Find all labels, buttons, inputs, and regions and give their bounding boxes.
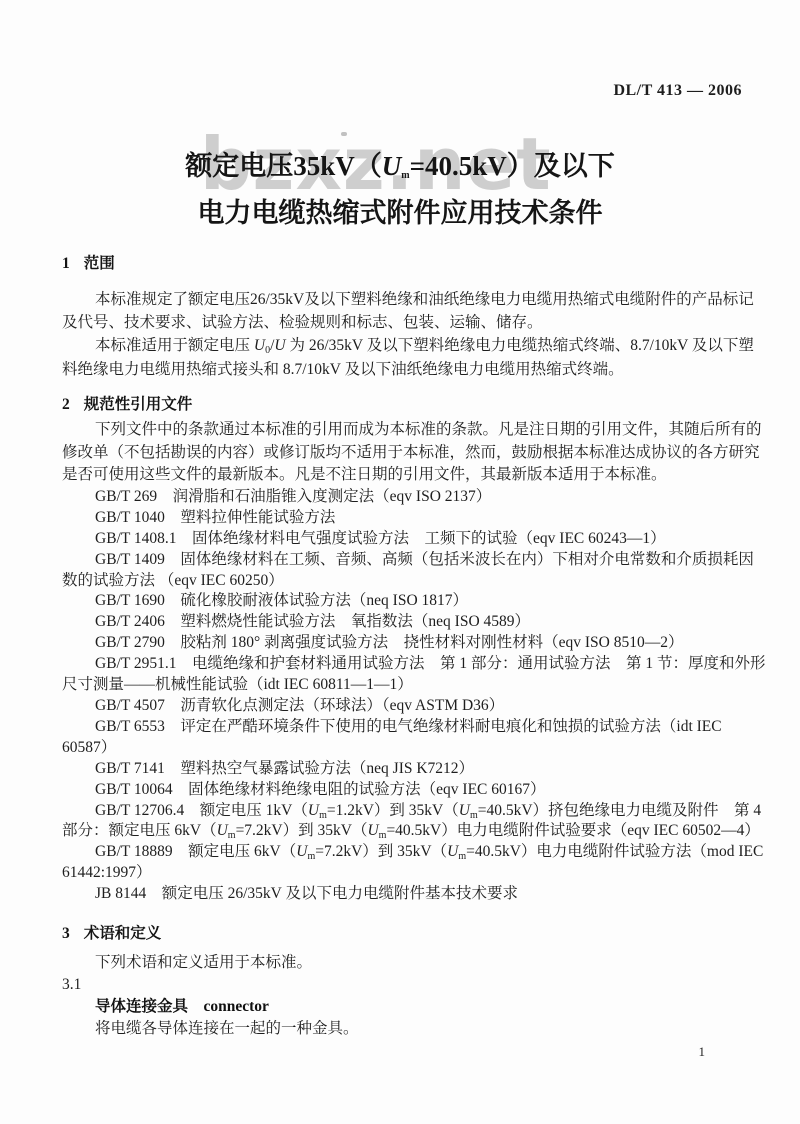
scope-paragraph-1: 本标准规定了额定电压26/35kV及以下塑料绝缘和油纸绝缘电力电缆用热缩式电缆附…	[62, 288, 756, 334]
reference-line: 61442:1997）	[62, 863, 756, 884]
reference-line: 60587）	[62, 738, 756, 759]
text-line: 本标准规定了额定电压26/35kV及以下塑料绝缘和油纸绝缘电力电缆用热缩式电缆附…	[62, 288, 756, 311]
title-line-1: 额定电压35kV（Um=40.5kV）及以下	[0, 143, 800, 190]
reference-line: 部分：额定电压 6kV（Um=7.2kV）到 35kV（Um=40.5kV）电力…	[62, 821, 756, 842]
document-title: 额定电压35kV（Um=40.5kV）及以下 电力电缆热缩式附件应用技术条件	[0, 143, 800, 237]
reference-line: GB/T 18889 额定电压 6kV（Um=7.2kV）到 35kV（Um=4…	[62, 842, 756, 863]
reference-line: GB/T 2406 塑料燃烧性能试验方法 氧指数法（neq ISO 4589）	[62, 612, 756, 633]
reference-line: GB/T 2790 胶粘剂 180° 剥离强度试验方法 挠性材料对刚性材料（eq…	[62, 633, 756, 654]
title-line-2: 电力电缆热缩式附件应用技术条件	[0, 190, 800, 237]
section-title: 规范性引用文件	[84, 396, 193, 413]
references-intro: 下列文件中的条款通过本标准的引用而成为本标准的条款。凡是注日期的引用文件，其随后…	[62, 419, 756, 487]
scope-paragraph-2: 本标准适用于额定电压 U0/U 为 26/35kV 及以下塑料绝缘电力电缆热缩式…	[62, 334, 756, 380]
section-number: 3	[62, 922, 70, 945]
reference-line: GB/T 1408.1 固体绝缘材料电气强度试验方法 工频下的试验（eqv IE…	[62, 529, 756, 550]
doc-code: DL/T 413 — 2006	[613, 82, 742, 100]
reference-line: 数的试验方法 （eqv IEC 60250）	[62, 571, 756, 592]
reference-line: GB/T 10064 固体绝缘材料绝缘电阻的试验方法（eqv IEC 60167…	[62, 780, 756, 801]
page-number: 1	[699, 1044, 706, 1060]
clause-number: 3.1	[62, 974, 756, 996]
reference-line: GB/T 1409 固体绝缘材料在工频、音频、高频（包括米波长在内）下相对介电常…	[62, 550, 756, 571]
references-list: GB/T 269 润滑脂和石油脂锥入度测定法（eqv ISO 2137）GB/T…	[62, 487, 756, 905]
section-1-heading: 1范围	[62, 252, 756, 275]
scan-artifact	[341, 132, 347, 136]
reference-line: GB/T 6553 评定在严酷环境条件下使用的电气绝缘材料耐电痕化和蚀损的试验方…	[62, 717, 756, 738]
section-number: 1	[62, 252, 70, 275]
reference-line: 尺寸测量——机械性能试验（idt IEC 60811—1—1）	[62, 675, 756, 696]
text-line: 修改单（不包括勘误的内容）或修订版均不适用于本标准，然而，鼓励根据本标准达成协议…	[62, 442, 756, 465]
term-entry: 导体连接金具 connector	[62, 996, 756, 1018]
text-line: 本标准适用于额定电压 U0/U 为 26/35kV 及以下塑料绝缘电力电缆热缩式…	[62, 334, 756, 357]
reference-line: GB/T 2951.1 电缆绝缘和护套材料通用试验方法 第 1 部分：通用试验方…	[62, 654, 756, 675]
section-3-heading: 3术语和定义	[62, 922, 756, 945]
reference-line: GB/T 7141 塑料热空气暴露试验方法（neq JIS K7212）	[62, 759, 756, 780]
text-line: 及代号、技术要求、试验方法、检验规则和标志、包装、运输、储存。	[62, 311, 756, 334]
reference-line: GB/T 12706.4 额定电压 1kV（Um=1.2kV）到 35kV（Um…	[62, 801, 756, 822]
reference-line: GB/T 269 润滑脂和石油脂锥入度测定法（eqv ISO 2137）	[62, 487, 756, 508]
document-page: bzxz.net DL/T 413 — 2006 额定电压35kV（Um=40.…	[0, 0, 800, 1124]
document-body: 1范围 本标准规定了额定电压26/35kV及以下塑料绝缘和油纸绝缘电力电缆用热缩…	[62, 252, 756, 1040]
text-line: 是否可使用这些文件的最新版本。凡是不注日期的引用文件，其最新版本适用于本标准。	[62, 464, 756, 487]
terms-intro: 下列术语和定义适用于本标准。	[62, 952, 756, 974]
section-title: 术语和定义	[84, 925, 162, 942]
text-line: 下列文件中的条款通过本标准的引用而成为本标准的条款。凡是注日期的引用文件，其随后…	[62, 419, 756, 442]
reference-line: GB/T 1690 硫化橡胶耐液体试验方法（neq ISO 1817）	[62, 591, 756, 612]
reference-line: GB/T 4507 沥青软化点测定法（环球法）（eqv ASTM D36）	[62, 696, 756, 717]
text-line: 料绝缘电力电缆用热缩式接头和 8.7/10kV 及以下油纸绝缘电力电缆用热缩式终…	[62, 358, 756, 381]
section-title: 范围	[84, 255, 115, 272]
term-definition: 将电缆各导体连接在一起的一种金具。	[62, 1018, 756, 1040]
section-2-heading: 2规范性引用文件	[62, 393, 756, 416]
reference-line: GB/T 1040 塑料拉伸性能试验方法	[62, 508, 756, 529]
reference-line: JB 8144 额定电压 26/35kV 及以下电力电缆附件基本技术要求	[62, 884, 756, 905]
section-number: 2	[62, 393, 70, 416]
